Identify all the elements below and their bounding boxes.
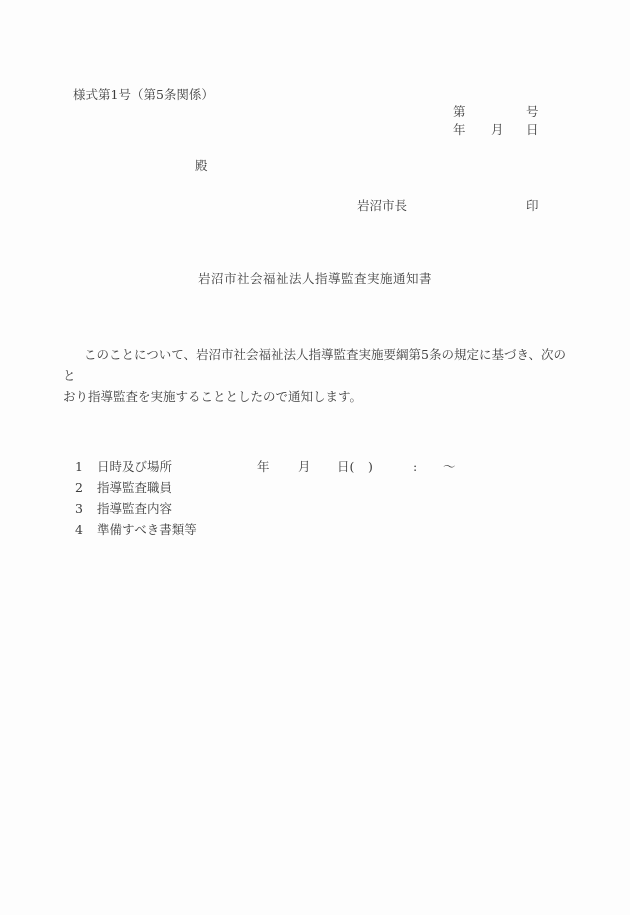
document-page: 様式第1号（第5条関係） 第 号 年 月 日 殿 岩沼市長 印 岩沼市社会福祉法… [0,0,630,915]
list-item-datetime-place: 1 日時及び場所 年 月 日( ) : ～ [75,459,555,480]
body-line-1: このことについて、岩沼市社会福祉法人指導監査実施要綱第5条の規定に基づき、次のと [63,344,577,386]
item-number: 4 [75,522,83,538]
date-day-label: 日 [526,122,539,138]
document-title: 岩沼市社会福祉法人指導監査実施通知書 [0,271,630,287]
body-line-2: おり指導監査を実施することとしたので通知します。 [63,386,577,407]
list-item-audit-contents: 3 指導監査内容 [75,501,555,522]
item-number: 3 [75,501,83,517]
doc-number-prefix: 第 [453,104,466,120]
item-number: 2 [75,480,83,496]
item-label: 指導監査内容 [97,501,172,517]
doc-number-suffix: 号 [526,104,539,120]
date-month-label: 月 [491,122,504,138]
schedule-range-tilde: ～ [443,459,456,475]
item-list: 1 日時及び場所 年 月 日( ) : ～ 2 指導監査職員 3 指導監査内容 … [75,459,555,543]
seal-mark: 印 [526,198,539,214]
sender-title: 岩沼市長 [357,198,407,214]
item-label: 日時及び場所 [97,459,172,475]
schedule-time-colon: : [413,459,417,475]
schedule-day-label: 日( [337,459,354,475]
list-item-audit-staff: 2 指導監査職員 [75,480,555,501]
list-item-documents-to-prepare: 4 準備すべき書類等 [75,522,555,543]
schedule-close-paren: ) [368,459,373,475]
date-year-label: 年 [453,122,466,138]
schedule-month-label: 月 [298,459,311,475]
item-label: 指導監査職員 [97,480,172,496]
addressee-honorific: 殿 [195,158,208,174]
form-number-label: 様式第1号（第5条関係） [73,87,214,103]
item-number: 1 [75,459,83,475]
schedule-year-label: 年 [257,459,270,475]
body-paragraph: このことについて、岩沼市社会福祉法人指導監査実施要綱第5条の規定に基づき、次のと… [63,344,577,407]
item-label: 準備すべき書類等 [97,522,197,538]
